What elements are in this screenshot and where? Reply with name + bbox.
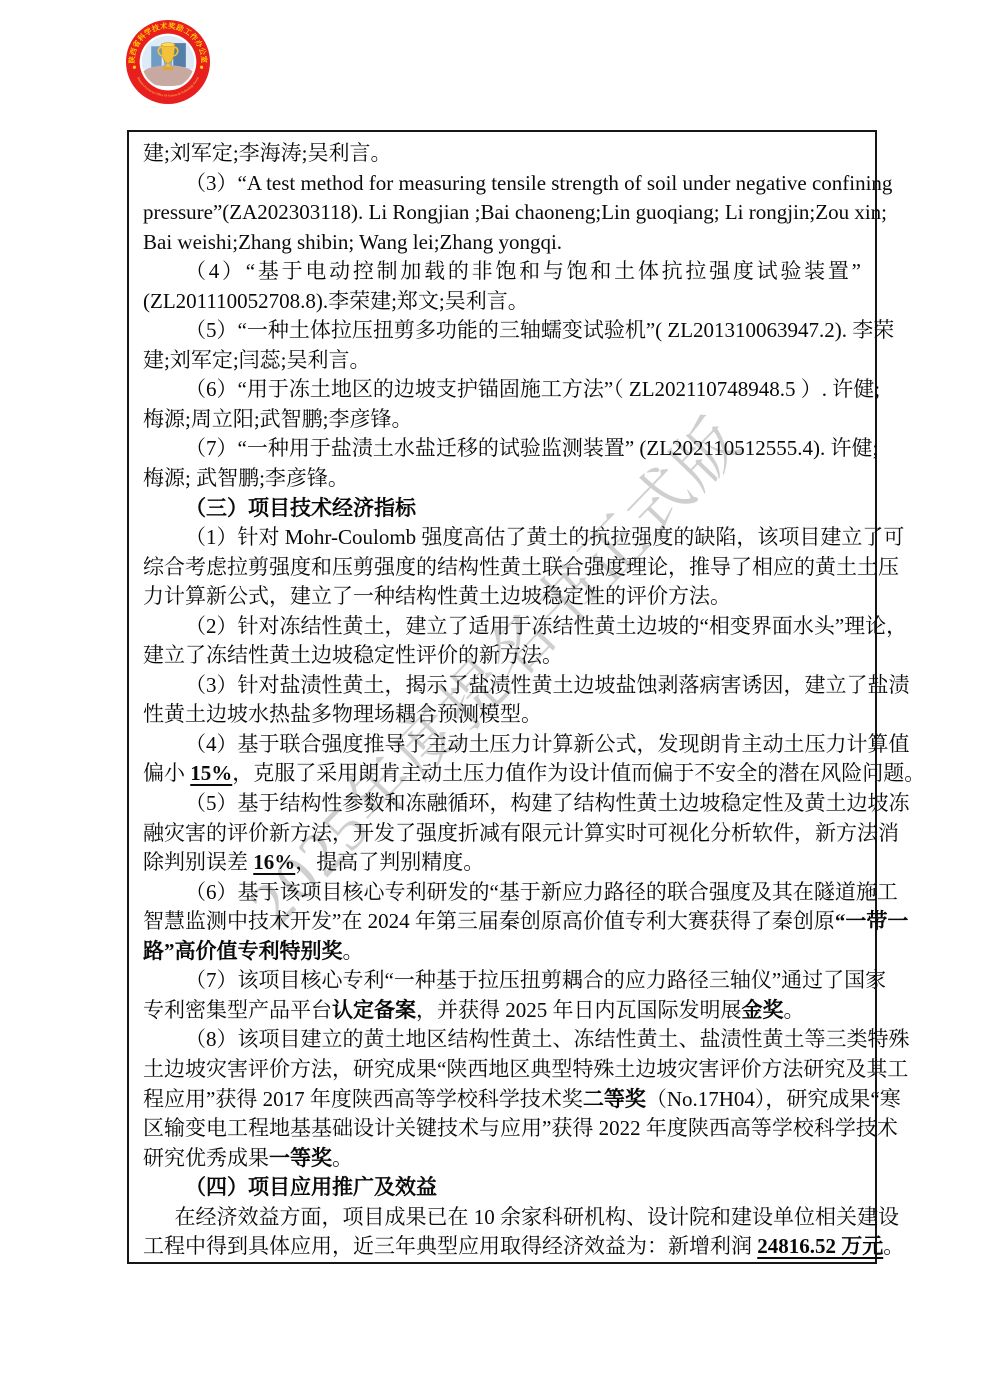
text-run: 建;刘军定;闫蕊;吴利言。 (143, 348, 371, 372)
text-line: 综合考虑拉剪强度和压剪强度的结构性黄土联合强度理论，推导了相应的黄土土压 (143, 553, 861, 583)
text-line: （5）“一种土体拉压扭剪多功能的三轴蠕变试验机”( ZL201310063947… (143, 316, 861, 346)
text-line: 建立了冻结性黄土边坡稳定性评价的新方法。 (143, 641, 861, 671)
text-line: （3）针对盐渍性黄土，揭示了盐渍性黄土边坡盐蚀剥落病害诱因，建立了盐渍 (143, 671, 861, 701)
text-run: （2）针对冻结性黄土，建立了适用于冻结性黄土边坡的“相变界面水头”理论， (185, 614, 907, 638)
text-line: 性黄土边坡水热盐多物理场耦合预测模型。 (143, 700, 861, 730)
text-line: （3）“A test method for measuring tensile … (143, 169, 861, 199)
seal-graphic: 陕西省科学技术奖励工作办公室 Shaanxi Provincial Office… (126, 20, 210, 104)
text-run: 程应用”获得 2017 年度陕西高等学校科学技术奖 (143, 1087, 583, 1111)
text-run: 专利密集型产品平台 (143, 998, 332, 1022)
text-run: 。 (343, 939, 364, 963)
text-run: 建立了冻结性黄土边坡稳定性评价的新方法。 (143, 643, 563, 667)
text-run: 。 (784, 998, 805, 1022)
text-line: （7）“一种用于盐渍土水盐迁移的试验监测装置” (ZL202110512555.… (143, 434, 861, 464)
emphasized-text: 路”高价值专利特别奖 (143, 939, 343, 963)
text-line: 偏小 15%，克服了采用朗肯主动土压力值作为设计值而偏于不安全的潜在风险问题。 (143, 759, 861, 789)
text-run: （6）基于该项目核心专利研发的“基于新应力路径的联合强度及其在隧道施工 (185, 880, 898, 904)
text-run: 除判别误差 (143, 850, 253, 874)
text-line: （7）该项目核心专利“一种基于拉压扭剪耦合的应力路径三轴仪”通过了国家 (143, 966, 861, 996)
text-line: 专利密集型产品平台认定备案，并获得 2025 年日内瓦国际发明展金奖。 (143, 996, 861, 1026)
text-line: 工程中得到具体应用，近三年典型应用取得经济效益为：新增利润 24816.52 万… (143, 1232, 861, 1262)
text-run: ，克服了采用朗肯主动土压力值作为设计值而偏于不安全的潜在风险问题。 (232, 761, 925, 785)
text-run: （四）项目应用推广及效益 (185, 1175, 437, 1199)
text-run: 性黄土边坡水热盐多物理场耦合预测模型。 (143, 702, 542, 726)
text-line: (ZL201110052708.8).李荣建;郑文;吴利言。 (143, 287, 861, 317)
text-run: （7）“一种用于盐渍土水盐迁移的试验监测装置” (ZL202110512555.… (185, 436, 878, 460)
text-run: （5）“一种土体拉压扭剪多功能的三轴蠕变试验机”( ZL201310063947… (185, 318, 894, 342)
text-run: （No.17H04），研究成果“寒 (646, 1087, 901, 1111)
text-run: 建;刘军定;李海涛;吴利言。 (143, 141, 392, 165)
text-run: （7）该项目核心专利“一种基于拉压扭剪耦合的应力路径三轴仪”通过了国家 (185, 968, 886, 992)
text-run: （5）基于结构性参数和冻融循环，构建了结构性黄土边坡稳定性及黄土边坡冻 (185, 791, 910, 815)
text-run: （4）基于联合强度推导了主动土压力计算新公式，发现朗肯主动土压力计算值 (185, 732, 910, 756)
text-run: 。 (332, 1146, 353, 1170)
text-run: （3）“A test method for measuring tensile … (185, 171, 892, 195)
seal-right-star-icon (200, 66, 203, 69)
text-line: pressure”(ZA202303118). Li Rongjian ;Bai… (143, 198, 861, 228)
text-line: 智慧监测中技术开发”在 2024 年第三届秦创原高价值专利大赛获得了秦创原“一带… (143, 907, 861, 937)
text-line: 建;刘军定;李海涛;吴利言。 (143, 139, 861, 169)
text-line: 除判别误差 16%，提高了判别精度。 (143, 848, 861, 878)
text-line: 建;刘军定;闫蕊;吴利言。 (143, 346, 861, 376)
text-line: （8）该项目建立的黄土地区结构性黄土、冻结性黄土、盐渍性黄土等三类特殊 (143, 1025, 861, 1055)
text-run: （1）针对 Mohr-Coulomb 强度高估了黄土的抗拉强度的缺陷，该项目建立… (185, 525, 904, 549)
text-run: 区输变电工程地基基础设计关键技术与应用”获得 2022 年度陕西高等学校科学技术 (143, 1116, 898, 1140)
emphasized-text: “一带一 (835, 909, 909, 933)
text-run: （8）该项目建立的黄土地区结构性黄土、冻结性黄土、盐渍性黄土等三类特殊 (185, 1027, 910, 1051)
text-line: 程应用”获得 2017 年度陕西高等学校科学技术奖二等奖（No.17H04），研… (143, 1085, 861, 1115)
text-run: 工程中得到具体应用，近三年典型应用取得经济效益为：新增利润 (143, 1234, 757, 1258)
text-run: 智慧监测中技术开发”在 2024 年第三届秦创原高价值专利大赛获得了秦创原 (143, 909, 835, 933)
text-line: （4）“基于电动控制加载的非饱和与饱和土体抗拉强度试验装置” (143, 257, 861, 287)
text-line: 土边坡灾害评价方法，研究成果“陕西地区典型特殊土边坡灾害评价方法研究及其工 (143, 1055, 861, 1085)
emphasized-text: 15% (190, 761, 232, 785)
text-run: 偏小 (143, 761, 190, 785)
text-run: ，提高了判别精度。 (295, 850, 484, 874)
office-seal-logo: 陕西省科学技术奖励工作办公室 Shaanxi Provincial Office… (126, 20, 210, 104)
text-run: 力计算新公式，建立了一种结构性黄土边坡稳定性的评价方法。 (143, 584, 731, 608)
text-line: （5）基于结构性参数和冻融循环，构建了结构性黄土边坡稳定性及黄土边坡冻 (143, 789, 861, 819)
emphasized-text: 认定备案 (332, 998, 416, 1022)
text-line: Bai weishi;Zhang shibin; Wang lei;Zhang … (143, 228, 861, 258)
document-table-cell: 建;刘军定;李海涛;吴利言。（3）“A test method for meas… (127, 130, 877, 1264)
text-line: （6）基于该项目核心专利研发的“基于新应力路径的联合强度及其在隧道施工 (143, 878, 861, 908)
text-line: 梅源;周立阳;武智鹏;李彦锋。 (143, 405, 861, 435)
emphasized-text: 二等奖 (583, 1087, 646, 1111)
text-run: 梅源;周立阳;武智鹏;李彦锋。 (143, 407, 413, 431)
section-heading: （四）项目应用推广及效益 (143, 1173, 861, 1203)
text-run: Bai weishi;Zhang shibin; Wang lei;Zhang … (143, 230, 562, 254)
emphasized-text: 16% (253, 850, 295, 874)
text-line: 路”高价值专利特别奖。 (143, 937, 861, 967)
text-run: （3）针对盐渍性黄土，揭示了盐渍性黄土边坡盐蚀剥落病害诱因，建立了盐渍 (185, 673, 910, 697)
text-line: 融灾害的评价新方法，开发了强度折减有限元计算实时可视化分析软件，新方法消 (143, 819, 861, 849)
text-run: 在经济效益方面，项目成果已在 10 余家科研机构、设计院和建设单位相关建设 (175, 1205, 900, 1229)
text-run: ，并获得 2025 年日内瓦国际发明展 (416, 998, 742, 1022)
text-line: 研究优秀成果一等奖。 (143, 1144, 861, 1174)
text-run: 梅源; 武智鹏;李彦锋。 (143, 466, 349, 490)
text-run: pressure”(ZA202303118). Li Rongjian ;Bai… (143, 200, 887, 224)
text-line: （1）针对 Mohr-Coulomb 强度高估了黄土的抗拉强度的缺陷，该项目建立… (143, 523, 861, 553)
text-run: 综合考虑拉剪强度和压剪强度的结构性黄土联合强度理论，推导了相应的黄土土压 (143, 555, 899, 579)
text-run: 。 (883, 1234, 904, 1258)
text-run: (ZL201110052708.8).李荣建;郑文;吴利言。 (143, 289, 529, 313)
text-run: 研究优秀成果 (143, 1146, 269, 1170)
text-line: 梅源; 武智鹏;李彦锋。 (143, 464, 861, 494)
text-line: 力计算新公式，建立了一种结构性黄土边坡稳定性的评价方法。 (143, 582, 861, 612)
text-line: （4）基于联合强度推导了主动土压力计算新公式，发现朗肯主动土压力计算值 (143, 730, 861, 760)
text-run: （4）“基于电动控制加载的非饱和与饱和土体抗拉强度试验装置” (185, 259, 861, 283)
text-line: 区输变电工程地基基础设计关键技术与应用”获得 2022 年度陕西高等学校科学技术 (143, 1114, 861, 1144)
text-run: 土边坡灾害评价方法，研究成果“陕西地区典型特殊土边坡灾害评价方法研究及其工 (143, 1057, 908, 1081)
text-run: （三）项目技术经济指标 (185, 496, 416, 520)
text-run: （6）“用于冻土地区的边坡支护锚固施工方法”（ ZL202110748948.5… (185, 377, 880, 401)
text-line: 在经济效益方面，项目成果已在 10 余家科研机构、设计院和建设单位相关建设 (143, 1203, 861, 1233)
emphasized-text: 一等奖 (269, 1146, 332, 1170)
page-root: { "page": { "watermark_text": "2025年度提名书… (0, 0, 990, 1399)
text-run: 融灾害的评价新方法，开发了强度折减有限元计算实时可视化分析软件，新方法消 (143, 821, 899, 845)
text-line: （2）针对冻结性黄土，建立了适用于冻结性黄土边坡的“相变界面水头”理论， (143, 612, 861, 642)
section-heading: （三）项目技术经济指标 (143, 494, 861, 524)
seal-left-star-icon (133, 66, 136, 69)
emphasized-text: 24816.52 万元 (757, 1234, 883, 1258)
emphasized-text: 金奖 (742, 998, 784, 1022)
text-line: （6）“用于冻土地区的边坡支护锚固施工方法”（ ZL202110748948.5… (143, 375, 861, 405)
